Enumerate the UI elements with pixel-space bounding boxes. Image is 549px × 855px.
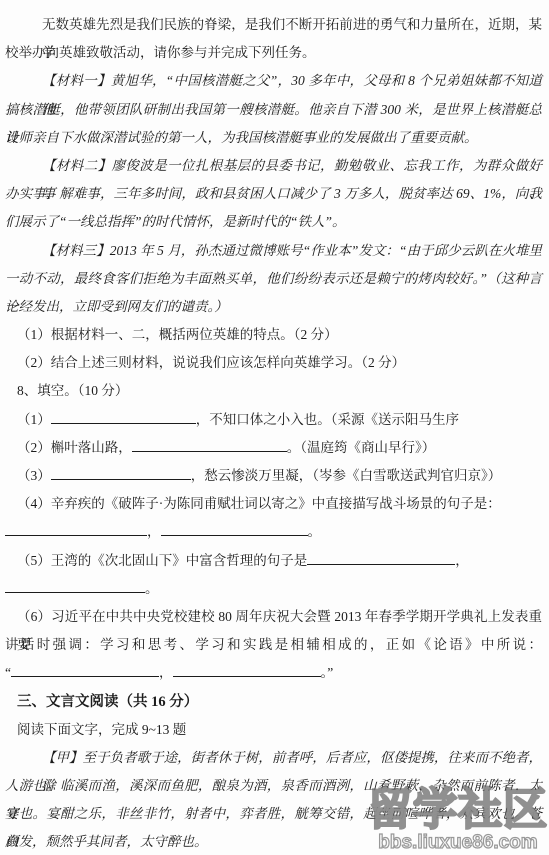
fill-item-6-line-3: “，。” xyxy=(5,659,542,687)
intro-line-2: 校举办向英雄致敬活动，请你参与并完成下列任务。 xyxy=(5,39,542,67)
answer-blank xyxy=(11,664,159,677)
material1-line-3: 计师亲自下水做深潜试验的第一人，为我国核潜艇事业的发展做出了重要贡献。 xyxy=(5,124,542,152)
material3-line-3: 一经发出，立即受到网友们的谴责。） xyxy=(5,293,542,321)
fill-item-3: （3），愁云惨淡万里凝，（岑参《白雪歌送武判官归京》） xyxy=(5,462,542,490)
answer-blank xyxy=(161,523,308,536)
fill-item-2: （2）槲叶落山路，。（温庭筠《商山早行》） xyxy=(5,434,542,462)
answer-blank xyxy=(173,664,321,677)
exam-paper-page: 无数英雄先烈是我们民族的脊梁，是我们不断开拓前进的勇气和力量所在，近期，某学 校… xyxy=(0,0,549,855)
fill-item-2-pre: （2）槲叶落山路， xyxy=(17,440,132,455)
section3-heading: 三、文言文阅读（共 16 分） xyxy=(5,688,542,716)
passage-line-1: 【甲】至于负者歌于途，街者休于树，前者呼，后者应，伛偻提携，往来而不绝者，滁 xyxy=(5,744,542,772)
fill-item-4-sep: ， xyxy=(147,524,161,539)
material3-line-2: 一动不动，最终食客们拒绝为丰面熟买单，他们纷纷表示还是赖宁的烤肉较好。”（这种言… xyxy=(5,265,542,293)
fill-item-4-end: 。 xyxy=(308,524,322,539)
passage-line-2: 人游也。临溪而渔，溪深而鱼肥，酿泉为酒，泉香而酒洌，山肴野蔌，杂然而前陈者，太守 xyxy=(5,772,542,800)
section3-instruction: 阅读下面文字，完成 9~13 题 xyxy=(5,716,542,744)
material2-line-1: 【材料二】廖俊波是一位扎根基层的县委书记，勤勉敬业、忘我工作，为群众做好事、 xyxy=(5,152,542,180)
material1-line-1: 【材料一】黄旭华，“中国核潜艇之父”，30 多年中，父母和 8 个兄弟姐妹都不知… xyxy=(5,67,542,95)
answer-blank xyxy=(51,467,191,480)
fill-item-1-post: ，不知口体之小入也。（采源《送示阳马生序 xyxy=(196,412,459,427)
fill-item-5-end: 。 xyxy=(145,581,159,596)
material2-line-2: 办实事、解难事，三年多时间，政和县贫困人口减少了 3 万多人，脱贫率达 69、1… xyxy=(5,180,542,208)
passage-line-3: 宴也。宴酣之乐，非丝非竹，射者中，弈者胜，觥筹交错，起坐而喧哗者，众宾欢也。苍颜 xyxy=(5,800,542,828)
fill-item-2-post: 。（温庭筠《商山早行》） xyxy=(287,440,436,455)
answer-blank xyxy=(307,552,455,565)
question-2: （2）结合上述三则材料，说说我们应该怎样向英雄学习。（2 分） xyxy=(5,349,542,377)
fill-item-5-line-1: （5）王湾的《次北固山下》中富含哲理的句子是， xyxy=(5,547,542,575)
answer-blank xyxy=(51,411,196,424)
fill-item-4-line-2: ，。 xyxy=(5,518,542,546)
fill-item-6-close-quote: 。” xyxy=(321,665,334,680)
fill-item-5-sep: ， xyxy=(455,553,469,568)
fill-heading: 8、填空。（10 分） xyxy=(5,377,542,405)
fill-item-5-pre: （5）王湾的《次北固山下》中富含哲理的句子是 xyxy=(17,553,307,568)
fill-item-3-post: ，愁云惨淡万里凝，（岑参《白雪歌送武判官归京》） xyxy=(191,468,502,483)
question-1: （1）根据材料一、二，概括两位英雄的特点。（2 分） xyxy=(5,321,542,349)
intro-line-1: 无数英雄先烈是我们民族的脊梁，是我们不断开拓前进的勇气和力量所在，近期，某学 xyxy=(5,11,542,39)
fill-item-6-line-2: 讲话时强调：学习和思考、学习和实践是相辅相成的，正如《论语》中所说： xyxy=(5,631,542,659)
material1-line-2: 搞核潜艇，他带领团队研制出我国第一艘核潜艇。他亲自下潜 300 米，是世界上核潜… xyxy=(5,96,542,124)
fill-item-3-pre: （3） xyxy=(17,468,51,483)
passage-line-4: 白发，颓然乎其间者，太守醉也。 xyxy=(5,828,542,855)
fill-item-1: （1），不知口体之小入也。（采源《送示阳马生序 xyxy=(5,406,542,434)
answer-blank xyxy=(132,439,287,452)
fill-item-4-line-1: （4）辛弃疾的《破阵子·为陈同甫赋壮词以寄之》中直接描写战斗场景的句子是： xyxy=(5,490,542,518)
answer-blank xyxy=(5,523,147,536)
material2-line-3: 们展示了“一线总指挥”的时代情怀，是新时代的“铁人”。 xyxy=(5,208,542,236)
fill-item-1-pre: （1） xyxy=(17,412,51,427)
material3-line-1: 【材料三】2013 年 5 月，孙杰通过微博账号“作业本”发文：“由于邱少云趴在… xyxy=(5,237,542,265)
fill-item-6-line-1: （6）习近平在中共中央党校建校 80 周年庆祝大会暨 2013 年春季学期开学典… xyxy=(5,603,542,631)
answer-blank xyxy=(5,580,145,593)
fill-item-6-sep: ， xyxy=(159,665,173,680)
fill-item-5-line-2: 。 xyxy=(5,575,542,603)
